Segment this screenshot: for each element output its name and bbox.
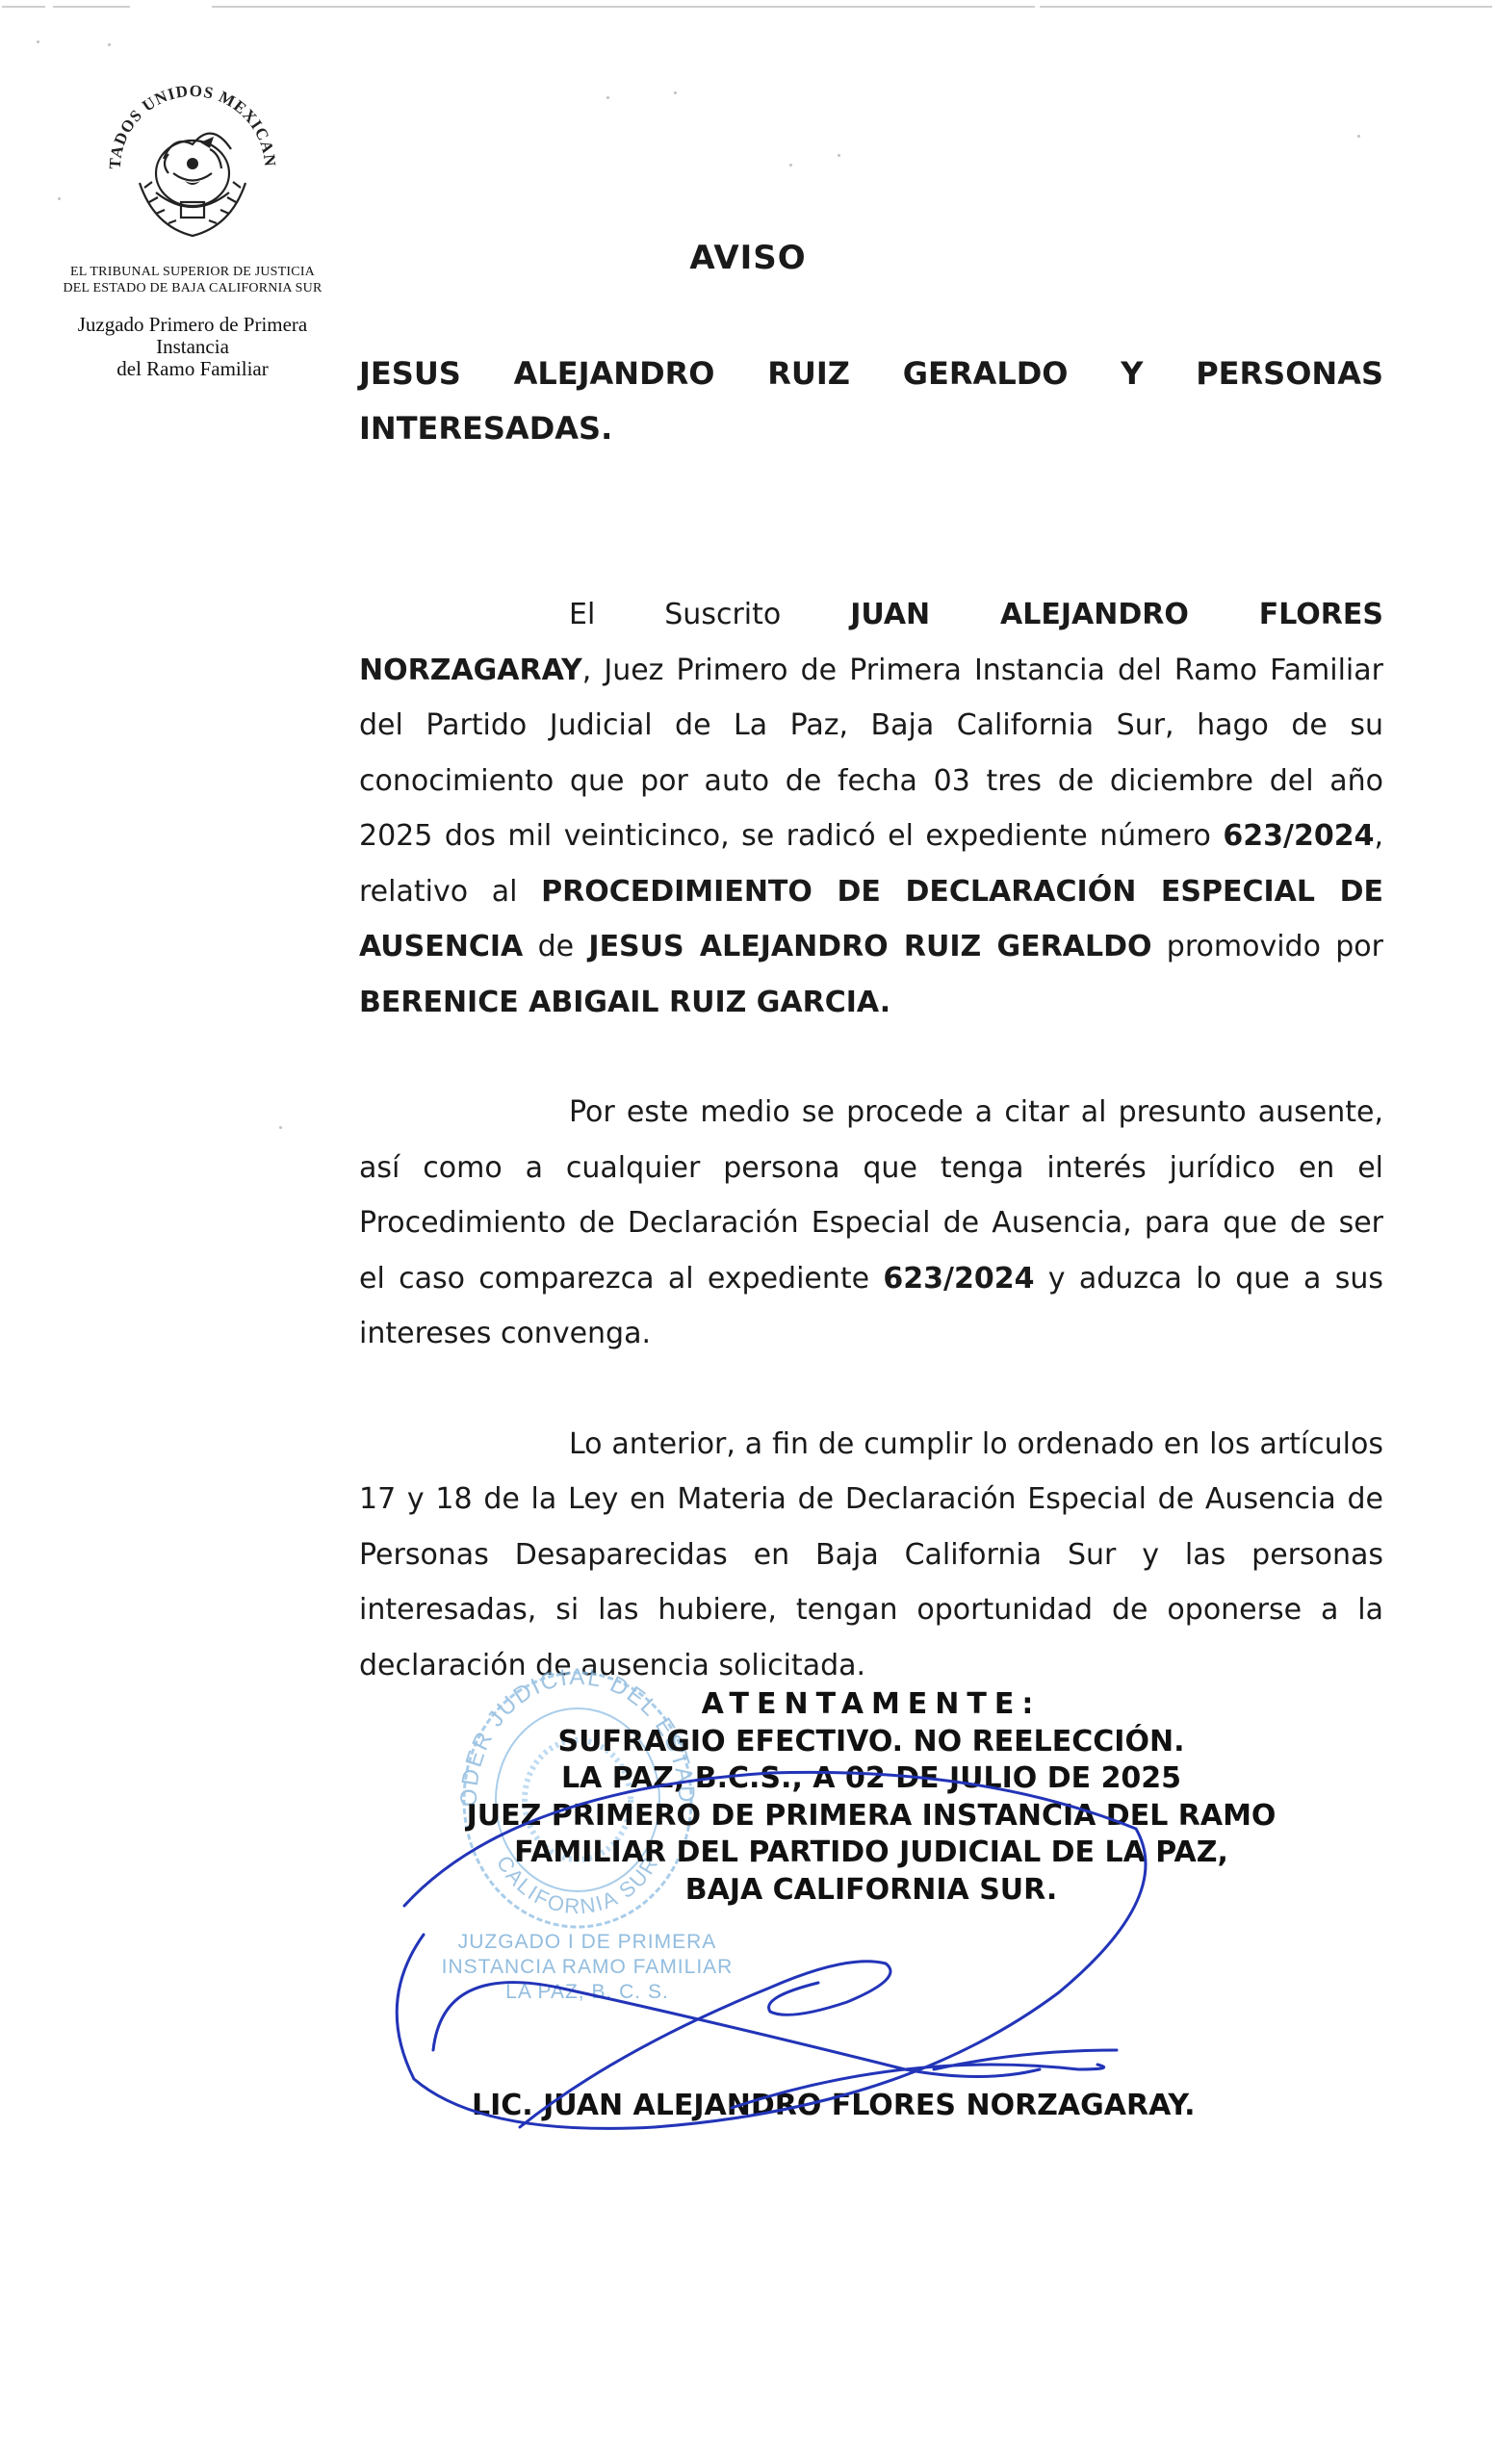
position-line-3: BAJA CALIFORNIA SUR. (359, 1872, 1383, 1910)
scan-speck (838, 154, 840, 157)
absent-person-name: JESUS ALEJANDRO RUIZ GERALDO (588, 930, 1151, 963)
case-number: 623/2024 (883, 1262, 1034, 1296)
closing-block: ATENTAMENTE: SUFRAGIO EFECTIVO. NO REELE… (359, 1686, 1383, 1909)
scan-edge-mark (2, 6, 45, 8)
paragraph-notice: El Suscrito JUAN ALEJANDRO FLORES NORZAG… (359, 587, 1383, 1030)
paragraph-legal-basis: Lo anterior, a fin de cumplir lo ordenad… (359, 1417, 1383, 1694)
scan-edge-mark (284, 6, 1035, 8)
scan-speck (789, 164, 792, 167)
document-title: AVISO (0, 239, 1496, 277)
place-date: LA PAZ, B.C.S., A 02 DE JULIO DE 2025 (359, 1760, 1383, 1798)
salutation: ATENTAMENTE: (359, 1686, 1383, 1724)
scan-speck (674, 91, 677, 94)
scan-edge-mark (53, 6, 130, 8)
addressee-line-2: INTERESADAS. (359, 401, 1383, 456)
court-stamp-line-1: JUZGADO I DE PRIMERA (414, 1930, 761, 1955)
court-stamp-line-3: LA PAZ, B. C. S. (414, 1980, 761, 2005)
court-line-1: Juzgado Primero de Primera (39, 314, 347, 336)
scan-speck (37, 40, 39, 43)
signer-name: LIC. JUAN ALEJANDRO FLORES NORZAGARAY. (472, 2089, 1196, 2122)
text: de (523, 930, 588, 963)
case-number: 623/2024 (1223, 819, 1374, 853)
addressee-line-1: JESUS ALEJANDRO RUIZ GERALDO Y PERSONAS (359, 346, 1383, 401)
scan-speck (1357, 135, 1360, 138)
text: El Suscrito (569, 598, 850, 631)
svg-text:ESTADOS UNIDOS MEXICANOS: ESTADOS UNIDOS MEXICANOS (96, 67, 279, 169)
mexican-coat-of-arms-icon: ESTADOS UNIDOS MEXICANOS (96, 67, 289, 260)
scan-speck (108, 43, 111, 46)
position-line-1: JUEZ PRIMERO DE PRIMERA INSTANCIA DEL RA… (359, 1798, 1383, 1835)
position-line-2: FAMILIAR DEL PARTIDO JUDICIAL DE LA PAZ, (359, 1835, 1383, 1872)
document-body: JESUS ALEJANDRO RUIZ GERALDO Y PERSONAS … (359, 346, 1383, 1693)
court-stamp: JUZGADO I DE PRIMERA INSTANCIA RAMO FAMI… (414, 1930, 761, 2005)
tribunal-line-2: DEL ESTADO DE BAJA CALIFORNIA SUR (39, 280, 347, 296)
scan-speck (606, 96, 609, 99)
court-stamp-line-2: INSTANCIA RAMO FAMILIAR (414, 1955, 761, 1980)
paragraph-summons: Por este medio se procede a citar al pre… (359, 1085, 1383, 1362)
scan-speck (279, 1126, 282, 1129)
court-line-2: Instancia (39, 336, 347, 358)
text: promovido por (1151, 930, 1383, 963)
court-name: Juzgado Primero de Primera Instancia del… (39, 314, 347, 380)
letterhead: ESTADOS UNIDOS MEXICANOS EL TRIBUNAL SUP… (39, 67, 347, 380)
court-line-3: del Ramo Familiar (39, 358, 347, 380)
scan-edge-mark (1040, 6, 1492, 8)
motto: SUFRAGIO EFECTIVO. NO REELECCIÓN. (359, 1724, 1383, 1761)
promoter-name: BERENICE ABIGAIL RUIZ GARCIA. (359, 986, 890, 1019)
